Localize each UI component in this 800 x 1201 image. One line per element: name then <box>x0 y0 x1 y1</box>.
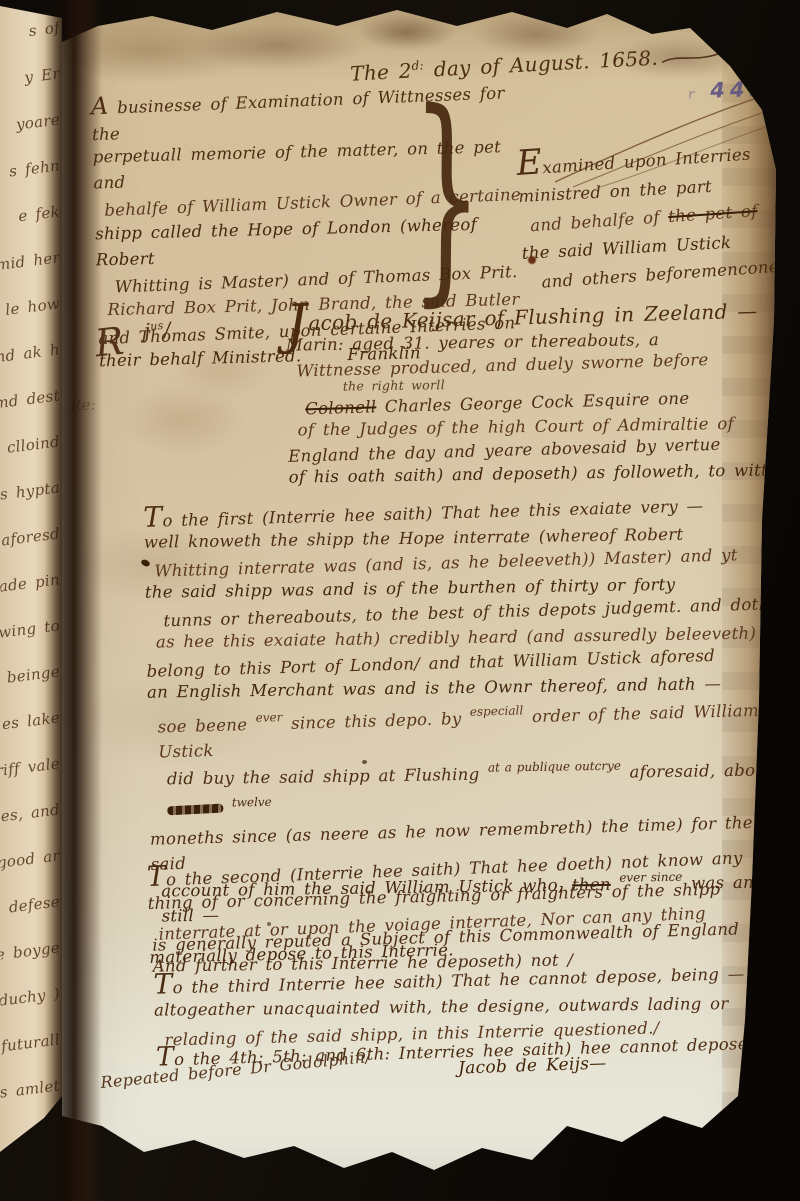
struck-text: the pet of <box>668 201 759 226</box>
ink-speck <box>267 922 271 926</box>
interline-insertion: twelve <box>232 795 272 810</box>
curly-brace: } <box>410 92 484 301</box>
folio-number: 442 <box>710 77 770 103</box>
examination-note-text: and behalfe of <box>530 207 669 235</box>
adjacent-page-text-fragment: hes lake <box>0 702 62 739</box>
adjacent-page-text-fragment: duchy ) <box>0 978 62 1015</box>
adjacent-page-text-fragment: s amlet <box>0 1070 62 1107</box>
adjacent-page-text-fragment: clloind <box>0 426 62 463</box>
adjacent-page-text-fragment: lowing to <box>0 610 62 647</box>
answer-text: soe beene <box>157 715 247 736</box>
adjacent-page-text-fragment: e fek <box>0 196 62 233</box>
margin-repeat-mark: R <box>93 319 126 366</box>
ink-speck <box>528 256 536 264</box>
deponent-intro-block: Jacob de Keijsar of Flushing in Zeeland … <box>285 301 779 490</box>
answer-second-interrogatory: To the second (Interrie hee saith) That … <box>146 844 781 973</box>
adjacent-page-text-fragment: y le how <box>0 288 62 325</box>
photo-backdrop: s of y Er yoare s fehn e fek mid her y l… <box>0 0 800 1201</box>
adjacent-page-text-fragment: nd ak h <box>0 334 62 371</box>
folio-number-stamp: r442 <box>688 77 770 104</box>
answer-text: aforesaid, about, <box>629 760 778 781</box>
adjacent-page-text-fragment: do beinge <box>0 656 62 693</box>
folio-prefix-mark: r <box>688 87 695 102</box>
adjacent-page-text-fragment: mid her <box>0 242 62 279</box>
adjacent-page-text-fragment: y Er <box>0 58 62 95</box>
interline-insertion: ever <box>255 710 282 725</box>
caption-line-text: their behalf Ministred. <box>99 346 302 370</box>
examination-note-block: Examined upon Interries ministred on the… <box>516 137 800 297</box>
adjacent-page-text-fragment: his good ar <box>0 840 62 877</box>
adjacent-page-text-fragment: defese <box>0 886 62 923</box>
manuscript-page: The 2d: day of August. 1658. r442 A busi… <box>62 0 780 1201</box>
adjacent-page-text-fragment: y futurall <box>0 1024 62 1061</box>
adjacent-page-edge: s of y Er yoare s fehn e fek mid her y l… <box>0 0 62 1201</box>
adjacent-page-text-fragment: s hypta <box>0 472 62 509</box>
date-heading: The 2d: day of August. 1658. <box>350 42 723 85</box>
adjacent-page-text-fragment: ade pin <box>0 564 62 601</box>
answer-text: did buy the said shipp at Flushing <box>167 765 480 789</box>
ink-speck <box>362 760 367 764</box>
adjacent-page-text-fragment: driff vale <box>0 748 62 785</box>
date-underline-swash <box>660 49 723 66</box>
answer-text: since this depo. by <box>291 709 462 733</box>
interline-insertion: at a publique outcrye <box>488 759 621 775</box>
margin-re-note: Re: <box>70 395 97 414</box>
adjacent-page-text-fragment: amd dest <box>0 380 62 417</box>
adjacent-page-text-fragment: i le boyge <box>0 932 62 969</box>
jus-slash: / <box>163 317 172 341</box>
adjacent-page-text-fragment: s of <box>0 12 62 49</box>
adjacent-page-text-fragment: es, and <box>0 794 62 831</box>
adjacent-page-text-fragment: yoare <box>0 104 62 141</box>
jus-superscript: us <box>150 319 164 333</box>
interline-insertion: especiall <box>470 703 524 718</box>
struck-text: Colonell <box>305 397 377 418</box>
adjacent-page-text-fragment: s fehn <box>0 150 62 187</box>
margin-jus-note: jus/ <box>143 317 172 343</box>
ink-scribble <box>167 804 223 816</box>
adjacent-page-text-fragment: ff aforesd <box>0 518 62 555</box>
deponent-signature: Jacob de Keijs— <box>458 1053 607 1078</box>
